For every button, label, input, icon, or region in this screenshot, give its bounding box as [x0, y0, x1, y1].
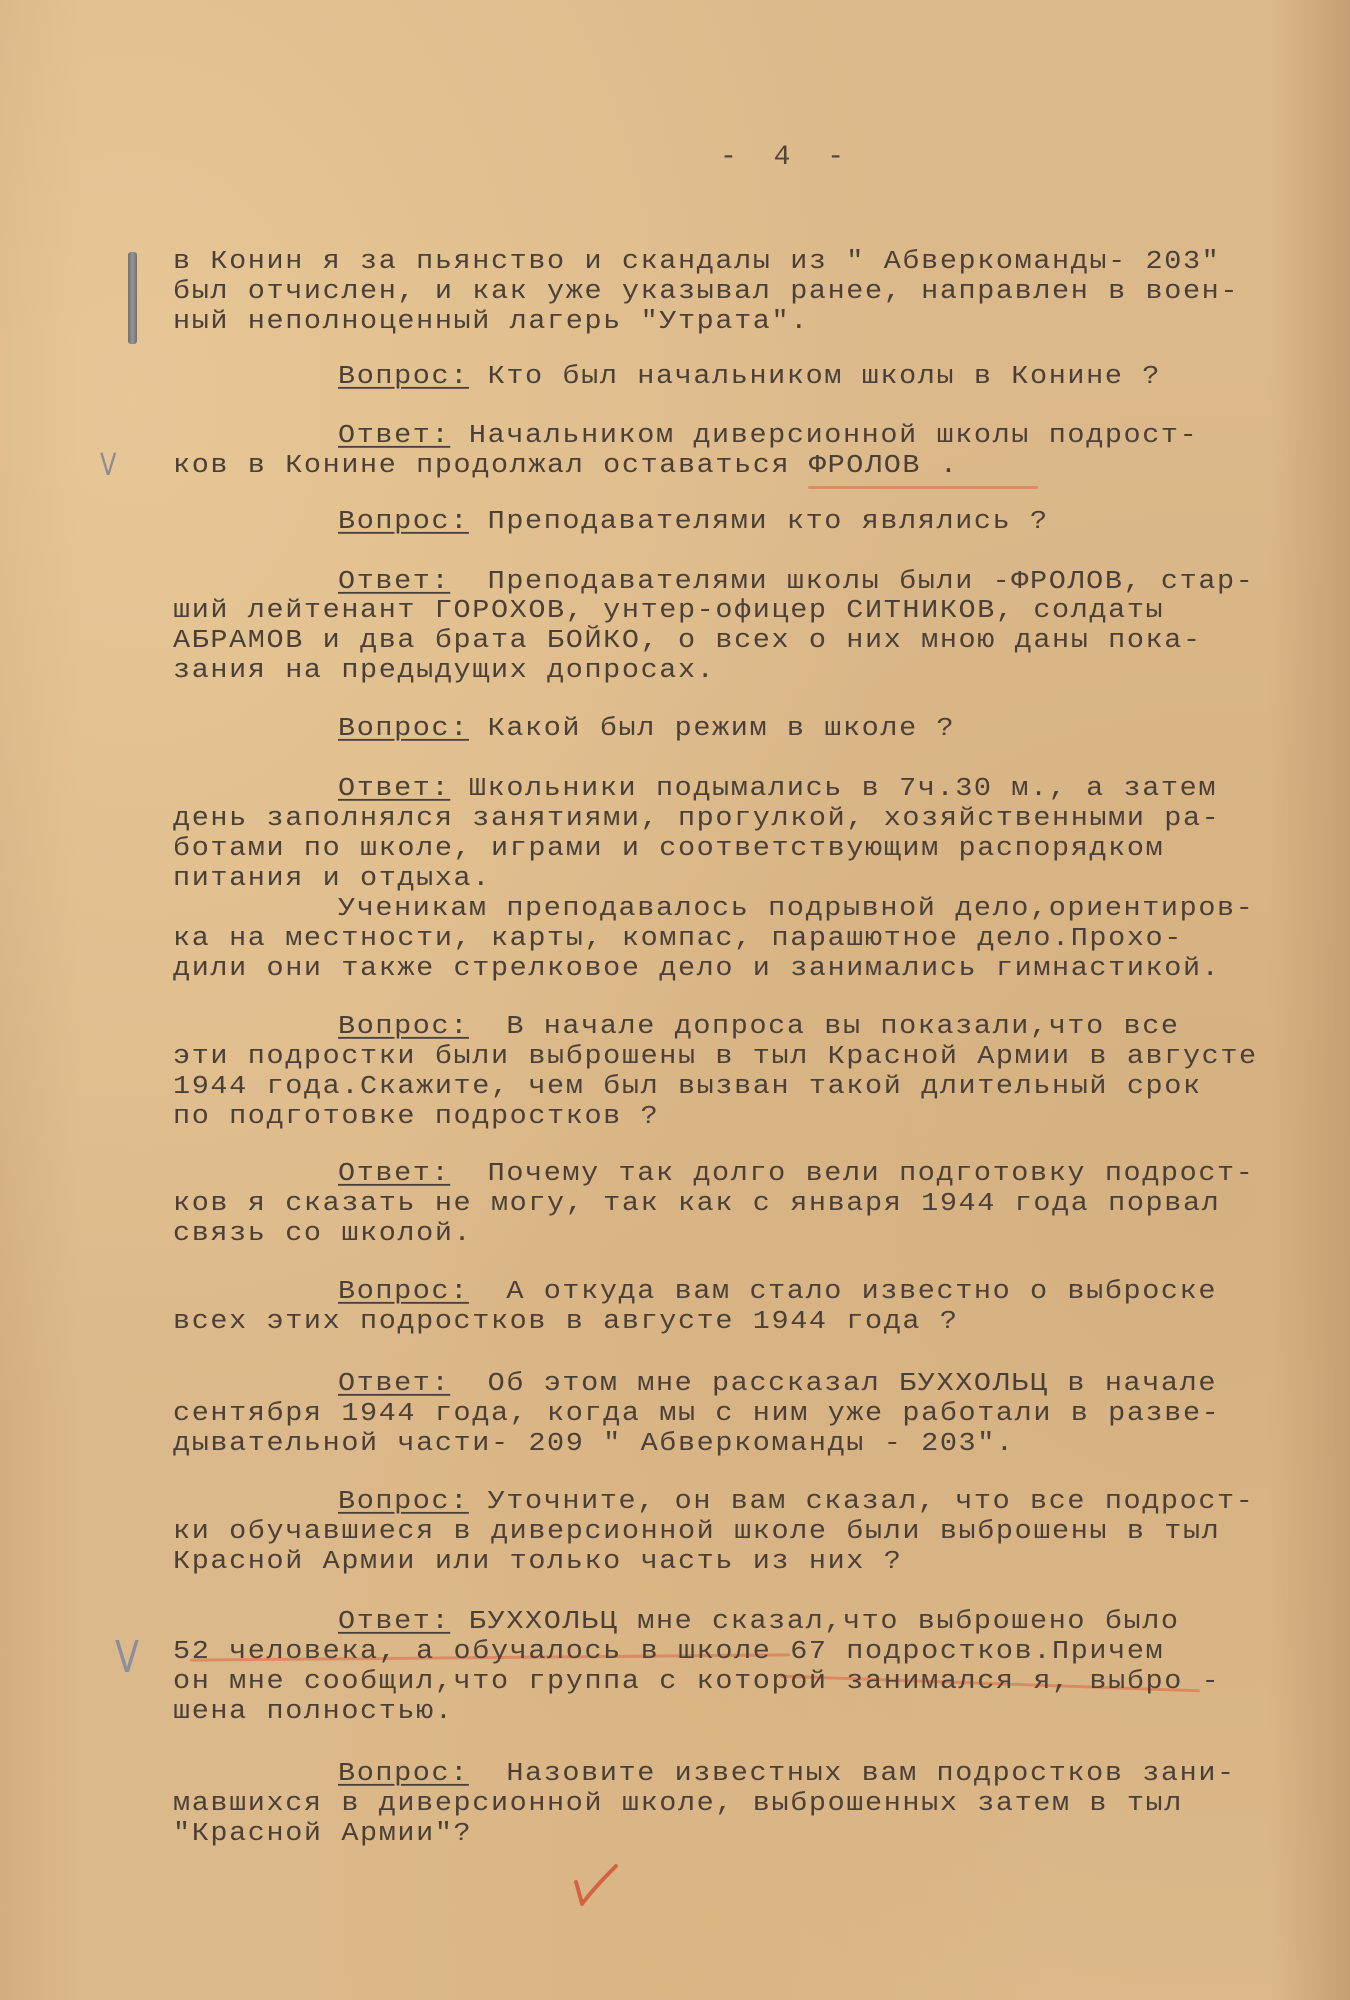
line-text: Преподавателями кто являлись ? — [469, 506, 1049, 536]
text-line: мавшихся в диверсионной школе, выброшенн… — [173, 1790, 1183, 1818]
line-text: зания на предыдущих допросах. — [173, 655, 715, 685]
text-line: всех этих подростков в августе 1944 года… — [173, 1308, 959, 1336]
margin-check-mark: V — [115, 1632, 139, 1683]
line-text: ботами по школе, играми и соответствующи… — [173, 833, 1164, 863]
line-text: Преподавателями школы были -ФРОЛОВ, стар… — [450, 566, 1254, 596]
red-check-mark-icon — [568, 1860, 628, 1920]
question-label: Вопрос: — [338, 1276, 469, 1306]
line-text: эти подростки были выброшены в тыл Красн… — [173, 1041, 1258, 1071]
line-text: ший лейтенант ГОРОХОВ, унтер-офицер СИТН… — [173, 595, 1164, 625]
text-line: ный неполноценный лагерь "Утрата". — [173, 308, 809, 336]
line-text: ков я сказать не могу, так как с января … — [173, 1188, 1220, 1218]
question-line: Вопрос: Уточните, он вам сказал, что все… — [338, 1488, 1254, 1516]
question-label: Вопрос: — [338, 1758, 469, 1788]
question-label: Вопрос: — [338, 1011, 469, 1041]
answer-label: Ответ: — [338, 566, 450, 596]
line-text: Школьники подымались в 7ч.30 м., а затем — [450, 773, 1217, 803]
question-label: Вопрос: — [338, 361, 469, 391]
text-line: в Конин я за пьянство и скандалы из " Аб… — [173, 248, 1220, 276]
text-line: дили они также стрелковое дело и занимал… — [173, 955, 1220, 983]
line-text: связь со школой. — [173, 1218, 472, 1248]
line-text: АБРАМОВ и два брата БОЙКО, о всех о них … — [173, 625, 1202, 655]
line-text: Кто был начальником школы в Конине ? — [469, 361, 1161, 391]
line-text: в Конин я за пьянство и скандалы из " Аб… — [173, 246, 1220, 276]
text-line: ков я сказать не могу, так как с января … — [173, 1190, 1220, 1218]
line-text: Уточните, он вам сказал, что все подрост… — [469, 1486, 1255, 1516]
line-text: ка на местности, карты, компас, парашютн… — [173, 923, 1183, 953]
answer-label: Ответ: — [338, 1606, 450, 1636]
line-text: сентября 1944 года, когда мы с ним уже р… — [173, 1398, 1220, 1428]
answer-label: Ответ: — [338, 1368, 450, 1398]
text-line: Ученикам преподавалось подрывной дело,ор… — [338, 895, 1254, 923]
red-pencil-underline — [808, 486, 1038, 489]
margin-pencil-bar — [128, 252, 137, 344]
answer-line: Ответ: Начальником диверсионной школы по… — [338, 422, 1198, 450]
line-text: В начале допроса вы показали,что все — [469, 1011, 1180, 1041]
text-line: ботами по школе, играми и соответствующи… — [173, 835, 1164, 863]
text-line: питания и отдыха. — [173, 865, 491, 893]
line-text: 1944 года.Скажите, чем был вызван такой … — [173, 1071, 1202, 1101]
text-line: день заполнялся занятиями, прогулкой, хо… — [173, 805, 1220, 833]
page-number: - 4 - — [720, 142, 854, 173]
line-text: по подготовке подростков ? — [173, 1101, 659, 1131]
question-label: Вопрос: — [338, 1486, 469, 1516]
line-text: Красной Армии или только часть из них ? — [173, 1546, 902, 1576]
question-line: Вопрос: В начале допроса вы показали,что… — [338, 1013, 1180, 1041]
answer-line: Ответ: Школьники подымались в 7ч.30 м., … — [338, 775, 1217, 803]
line-text: ки обучавшиеся в диверсионной школе были… — [173, 1516, 1220, 1546]
line-text: Какой был режим в школе ? — [469, 713, 955, 743]
line-text: шена полностью. — [173, 1696, 454, 1726]
line-text: БУХХОЛЬЦ мне сказал,что выброшено было — [450, 1606, 1179, 1636]
question-line: Вопрос: Назовите известных вам подростко… — [338, 1760, 1236, 1788]
question-label: Вопрос: — [338, 506, 469, 536]
text-line: ший лейтенант ГОРОХОВ, унтер-офицер СИТН… — [173, 597, 1164, 625]
question-line: Вопрос: Кто был начальником школы в Кони… — [338, 363, 1161, 391]
line-text: А откуда вам стало известно о выброске — [469, 1276, 1217, 1306]
text-line: ков в Конине продолжал оставаться ФРОЛОВ… — [173, 452, 959, 480]
text-line: АБРАМОВ и два брата БОЙКО, о всех о них … — [173, 627, 1202, 655]
line-text: Об этом мне рассказал БУХХОЛЬЦ в начале — [450, 1368, 1217, 1398]
document-page: - 4 - V V в Конин я за пьянство и сканда… — [0, 0, 1350, 2000]
text-line: ки обучавшиеся в диверсионной школе были… — [173, 1518, 1220, 1546]
text-line: он мне сообщил,что группа с которой зани… — [173, 1668, 1220, 1696]
text-line: шена полностью. — [173, 1698, 454, 1726]
answer-label: Ответ: — [338, 1158, 450, 1188]
line-text: ков в Конине продолжал оставаться ФРОЛОВ… — [173, 450, 959, 480]
line-text: Ученикам преподавалось подрывной дело,ор… — [338, 893, 1254, 923]
text-line: 52 человека, а обучалось в школе 67 подр… — [173, 1638, 1164, 1666]
text-line: "Красной Армии"? — [173, 1820, 472, 1848]
line-text: дывательной части- 209 " Абверкоманды - … — [173, 1428, 1015, 1458]
text-line: по подготовке подростков ? — [173, 1103, 659, 1131]
line-text: Начальником диверсионной школы подрост- — [450, 420, 1198, 450]
line-text: был отчислен, и как уже указывал ранее, … — [173, 276, 1239, 306]
question-line: Вопрос: А откуда вам стало известно о вы… — [338, 1278, 1217, 1306]
question-line: Вопрос: Какой был режим в школе ? — [338, 715, 955, 743]
question-line: Вопрос: Преподавателями кто являлись ? — [338, 508, 1049, 536]
line-text: мавшихся в диверсионной школе, выброшенн… — [173, 1788, 1183, 1818]
line-text: Назовите известных вам подростков зани- — [469, 1758, 1236, 1788]
line-text: питания и отдыха. — [173, 863, 491, 893]
line-text: всех этих подростков в августе 1944 года… — [173, 1306, 959, 1336]
answer-line: Ответ: БУХХОЛЬЦ мне сказал,что выброшено… — [338, 1608, 1180, 1636]
line-text: ный неполноценный лагерь "Утрата". — [173, 306, 809, 336]
text-line: ка на местности, карты, компас, парашютн… — [173, 925, 1183, 953]
line-text: день заполнялся занятиями, прогулкой, хо… — [173, 803, 1220, 833]
question-label: Вопрос: — [338, 713, 469, 743]
line-text: Почему так долго вели подготовку подрост… — [450, 1158, 1254, 1188]
text-line: связь со школой. — [173, 1220, 472, 1248]
text-line: дывательной части- 209 " Абверкоманды - … — [173, 1430, 1015, 1458]
answer-line: Ответ: Преподавателями школы были -ФРОЛО… — [338, 568, 1254, 596]
answer-line: Ответ: Почему так долго вели подготовку … — [338, 1160, 1254, 1188]
answer-label: Ответ: — [338, 420, 450, 450]
line-text: "Красной Армии"? — [173, 1818, 472, 1848]
answer-label: Ответ: — [338, 773, 450, 803]
text-line: Красной Армии или только часть из них ? — [173, 1548, 902, 1576]
text-line: 1944 года.Скажите, чем был вызван такой … — [173, 1073, 1202, 1101]
text-line: сентября 1944 года, когда мы с ним уже р… — [173, 1400, 1220, 1428]
text-line: зания на предыдущих допросах. — [173, 657, 715, 685]
text-line: эти подростки были выброшены в тыл Красн… — [173, 1043, 1258, 1071]
line-text: он мне сообщил,что группа с которой зани… — [173, 1666, 1220, 1696]
answer-line: Ответ: Об этом мне рассказал БУХХОЛЬЦ в … — [338, 1370, 1217, 1398]
line-text: дили они также стрелковое дело и занимал… — [173, 953, 1220, 983]
line-text: 52 человека, а обучалось в школе 67 подр… — [173, 1636, 1164, 1666]
margin-check-mark: V — [100, 448, 116, 483]
text-line: был отчислен, и как уже указывал ранее, … — [173, 278, 1239, 306]
